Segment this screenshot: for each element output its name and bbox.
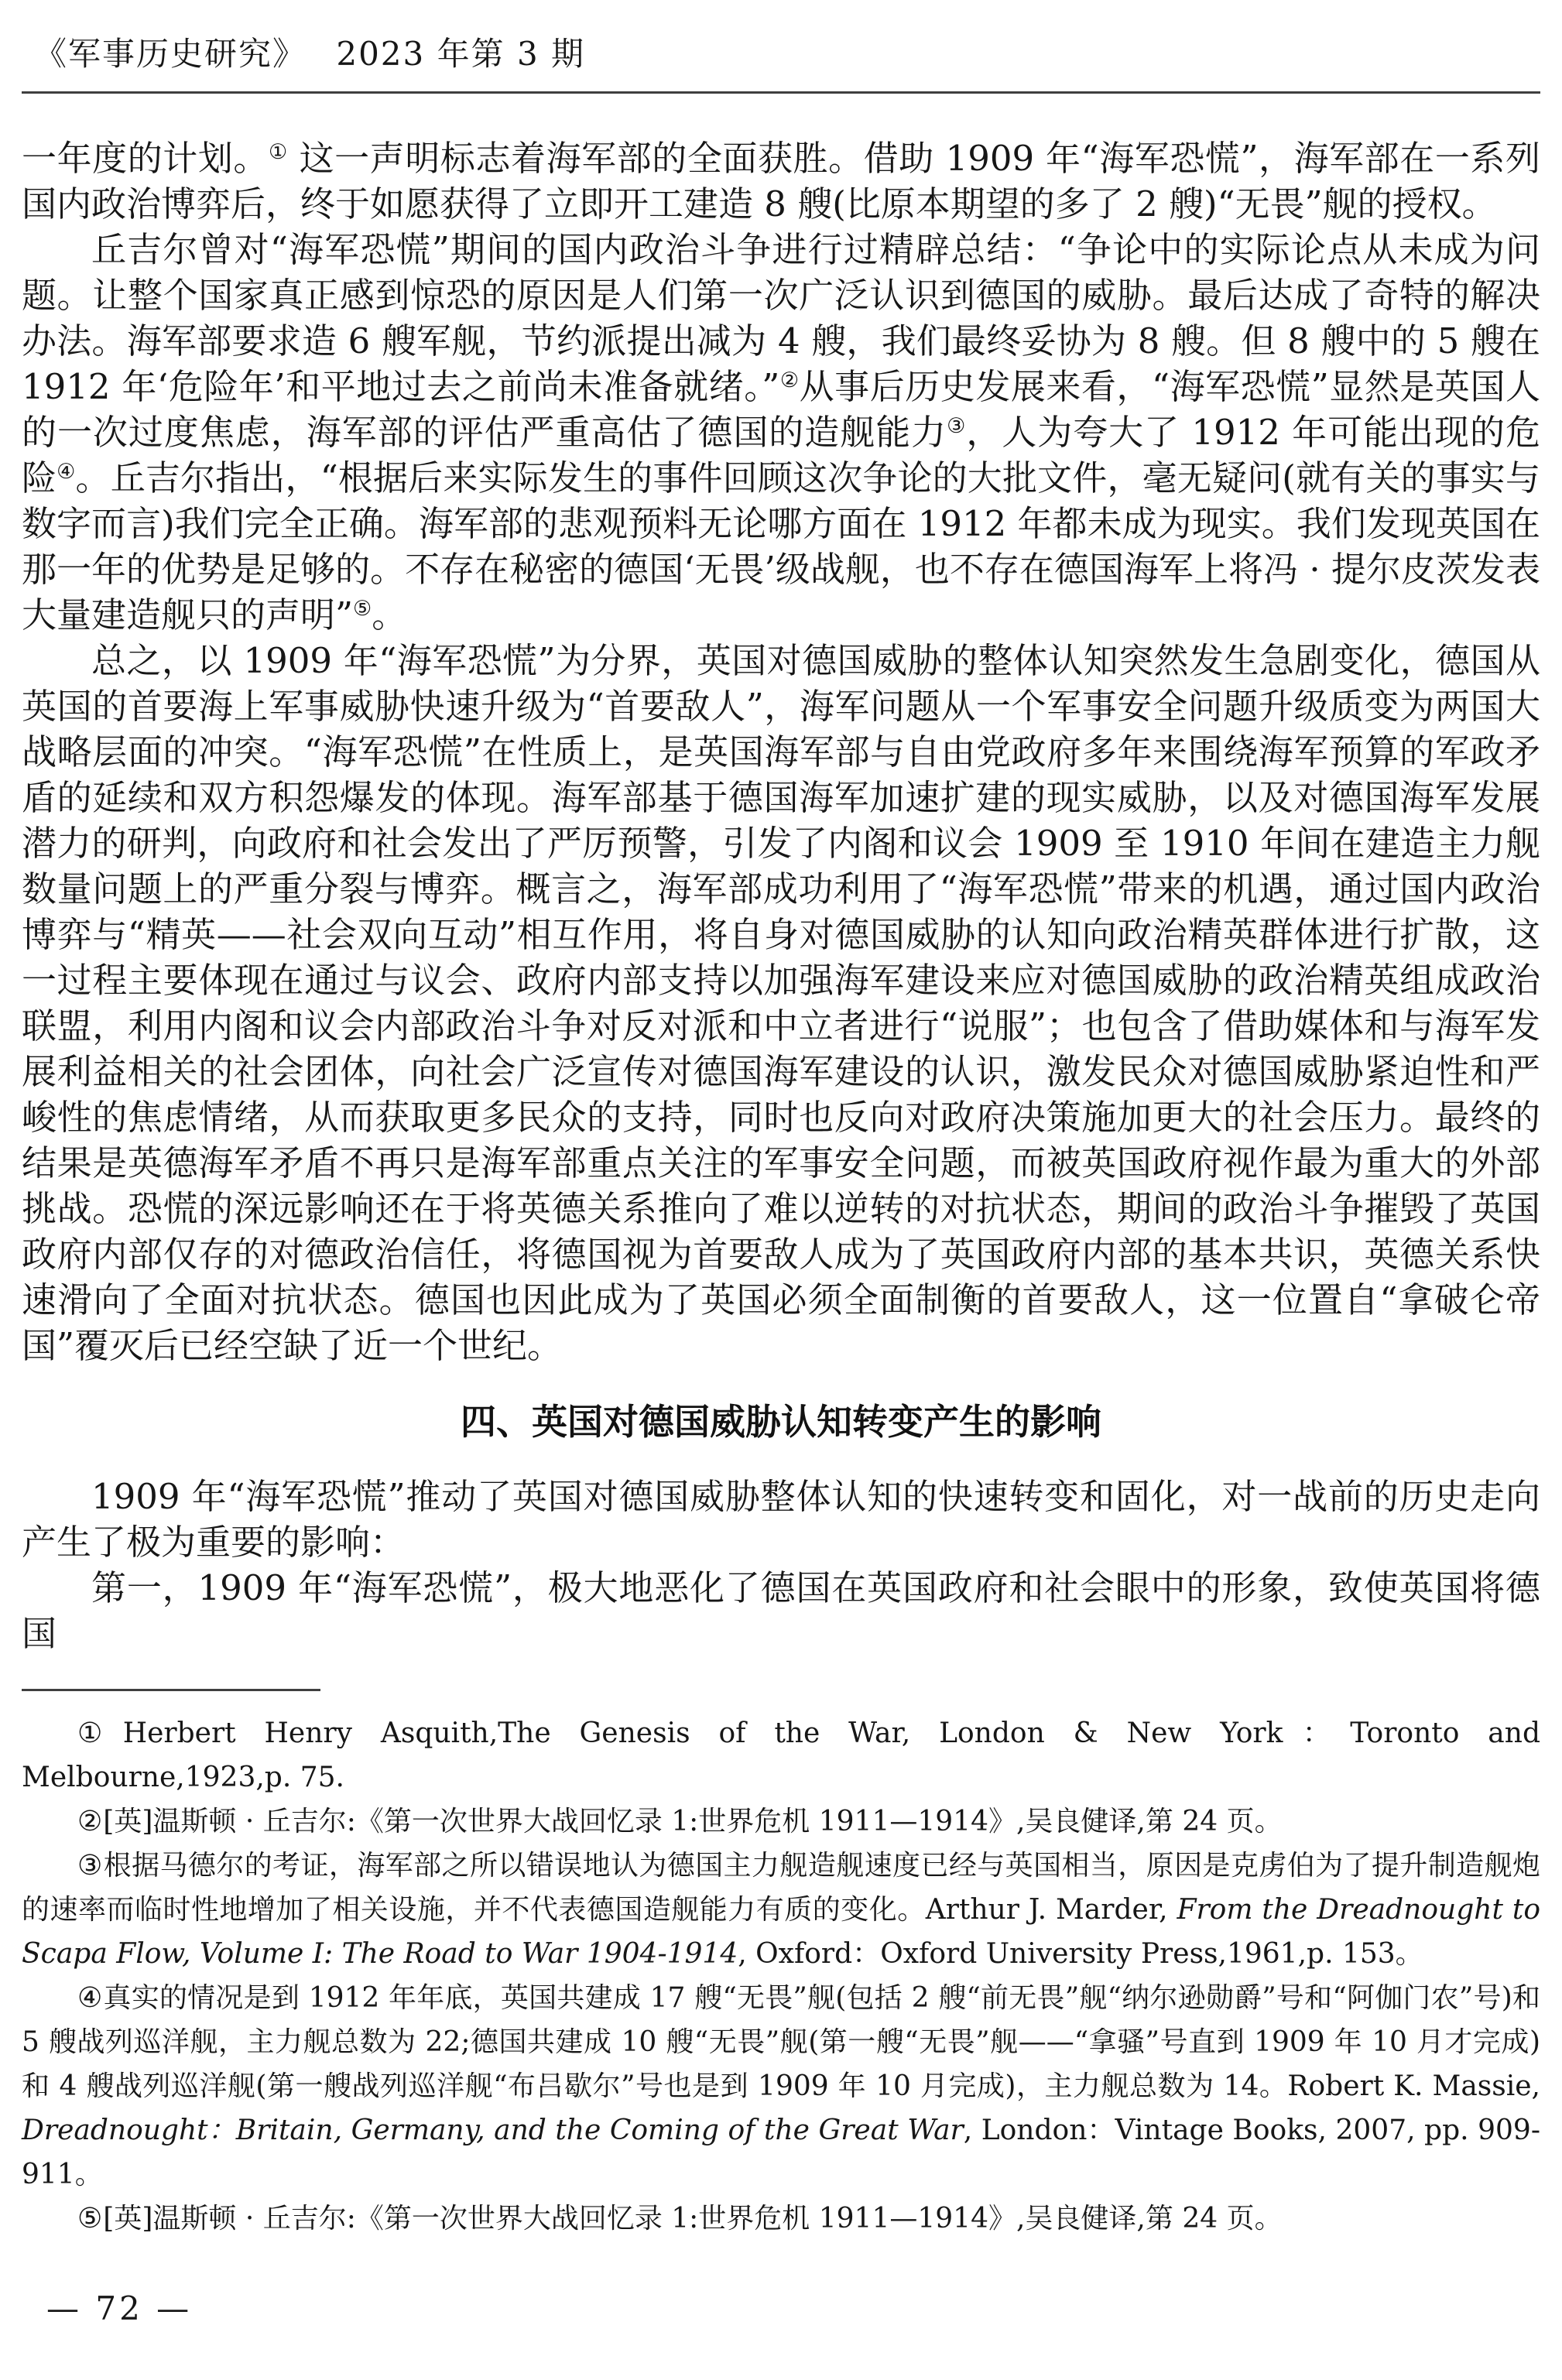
page-number: — 72 — <box>46 2289 192 2327</box>
text-run: Herbert Henry Asquith,The Genesis of the… <box>22 1717 1540 1793</box>
text-run: 总之，以 1909 年“海军恐慌”为分界，英国对德国威胁的整体认知突然发生急剧变… <box>22 640 1540 1366</box>
footnotes-section: ①Herbert Henry Asquith,The Genesis of th… <box>22 1711 1540 2241</box>
footnote: ②[英]温斯顿 · 丘吉尔:《第一次世界大战回忆录 1:世界危机 1911—19… <box>22 1800 1540 1844</box>
paragraph: 第一，1909 年“海军恐慌”，极大地恶化了德国在英国政府和社会眼中的形象，致使… <box>22 1565 1540 1656</box>
text-run: , Oxford：Oxford University Press,1961,p.… <box>738 1938 1423 1970</box>
text-run: 真实的情况是到 1912 年年底，英国共建成 17 艘“无畏”舰(包括 2 艘“… <box>22 1982 1540 2102</box>
article-body: 一年度的计划。① 这一声明标志着海军部的全面获胜。借助 1909 年“海军恐慌”… <box>22 135 1540 1656</box>
journal-page: 《军事历史研究》 2023 年第 3 期 一年度的计划。① 这一声明标志着海军部… <box>0 0 1562 2380</box>
text-run: [英]温斯顿 · 丘吉尔:《第一次世界大战回忆录 1:世界危机 1911—191… <box>103 2203 1282 2234</box>
footnote: ④真实的情况是到 1912 年年底，英国共建成 17 艘“无畏”舰(包括 2 艘… <box>22 1976 1540 2197</box>
footnote: ③根据马德尔的考证，海军部之所以错误地认为德国主力舰造舰速度已经与英国相当，原因… <box>22 1844 1540 1976</box>
section-heading: 四、英国对德国威胁认知转变产生的影响 <box>22 1398 1540 1446</box>
footnote-ref: ③ <box>947 414 966 438</box>
paragraph: 丘吉尔曾对“海军恐慌”期间的国内政治斗争进行过精辟总结：“争论中的实际论点从未成… <box>22 227 1540 638</box>
footnote-separator <box>22 1689 320 1691</box>
text-run: 。 <box>372 594 406 635</box>
footnote-marker: ⑤ <box>77 2203 103 2234</box>
text-run: 第一，1909 年“海军恐慌”，极大地恶化了德国在英国政府和社会眼中的形象，致使… <box>22 1567 1540 1654</box>
text-run: [英]温斯顿 · 丘吉尔:《第一次世界大战回忆录 1:世界危机 1911—191… <box>103 1806 1282 1837</box>
paragraph: 总之，以 1909 年“海军恐慌”为分界，英国对德国威胁的整体认知突然发生急剧变… <box>22 638 1540 1368</box>
text-run: 一年度的计划。 <box>22 138 269 179</box>
footnote-marker: ④ <box>77 1982 104 2014</box>
header-rule <box>22 91 1540 94</box>
text-run: 。丘吉尔指出，“根据后来实际发生的事件回顾这次争论的大批文件，毫无疑问(就有关的… <box>22 457 1540 635</box>
footnote-marker: ① <box>77 1717 123 1749</box>
footnote-marker: ③ <box>77 1850 104 1882</box>
journal-title-issue: 《军事历史研究》 2023 年第 3 期 <box>34 35 585 73</box>
italic-citation: Dreadnought：Britain, Germany, and the Co… <box>22 2115 964 2146</box>
footnote-marker: ② <box>77 1806 103 1837</box>
paragraph: 1909 年“海军恐慌”推动了英国对德国威胁整体认知的快速转变和固化，对一战前的… <box>22 1474 1540 1565</box>
footnote-ref: ④ <box>57 460 75 484</box>
footnote-ref: ① <box>269 140 288 164</box>
footnote-ref: ② <box>779 368 799 392</box>
text-run: 1909 年“海军恐慌”推动了英国对德国威胁整体认知的快速转变和固化，对一战前的… <box>22 1476 1540 1563</box>
page-header: 《军事历史研究》 2023 年第 3 期 <box>22 36 1540 73</box>
footnote: ①Herbert Henry Asquith,The Genesis of th… <box>22 1711 1540 1800</box>
footnote-ref: ⑤ <box>353 597 372 621</box>
paragraph: 一年度的计划。① 这一声明标志着海军部的全面获胜。借助 1909 年“海军恐慌”… <box>22 135 1540 227</box>
footnote: ⑤[英]温斯顿 · 丘吉尔:《第一次世界大战回忆录 1:世界危机 1911—19… <box>22 2197 1540 2241</box>
